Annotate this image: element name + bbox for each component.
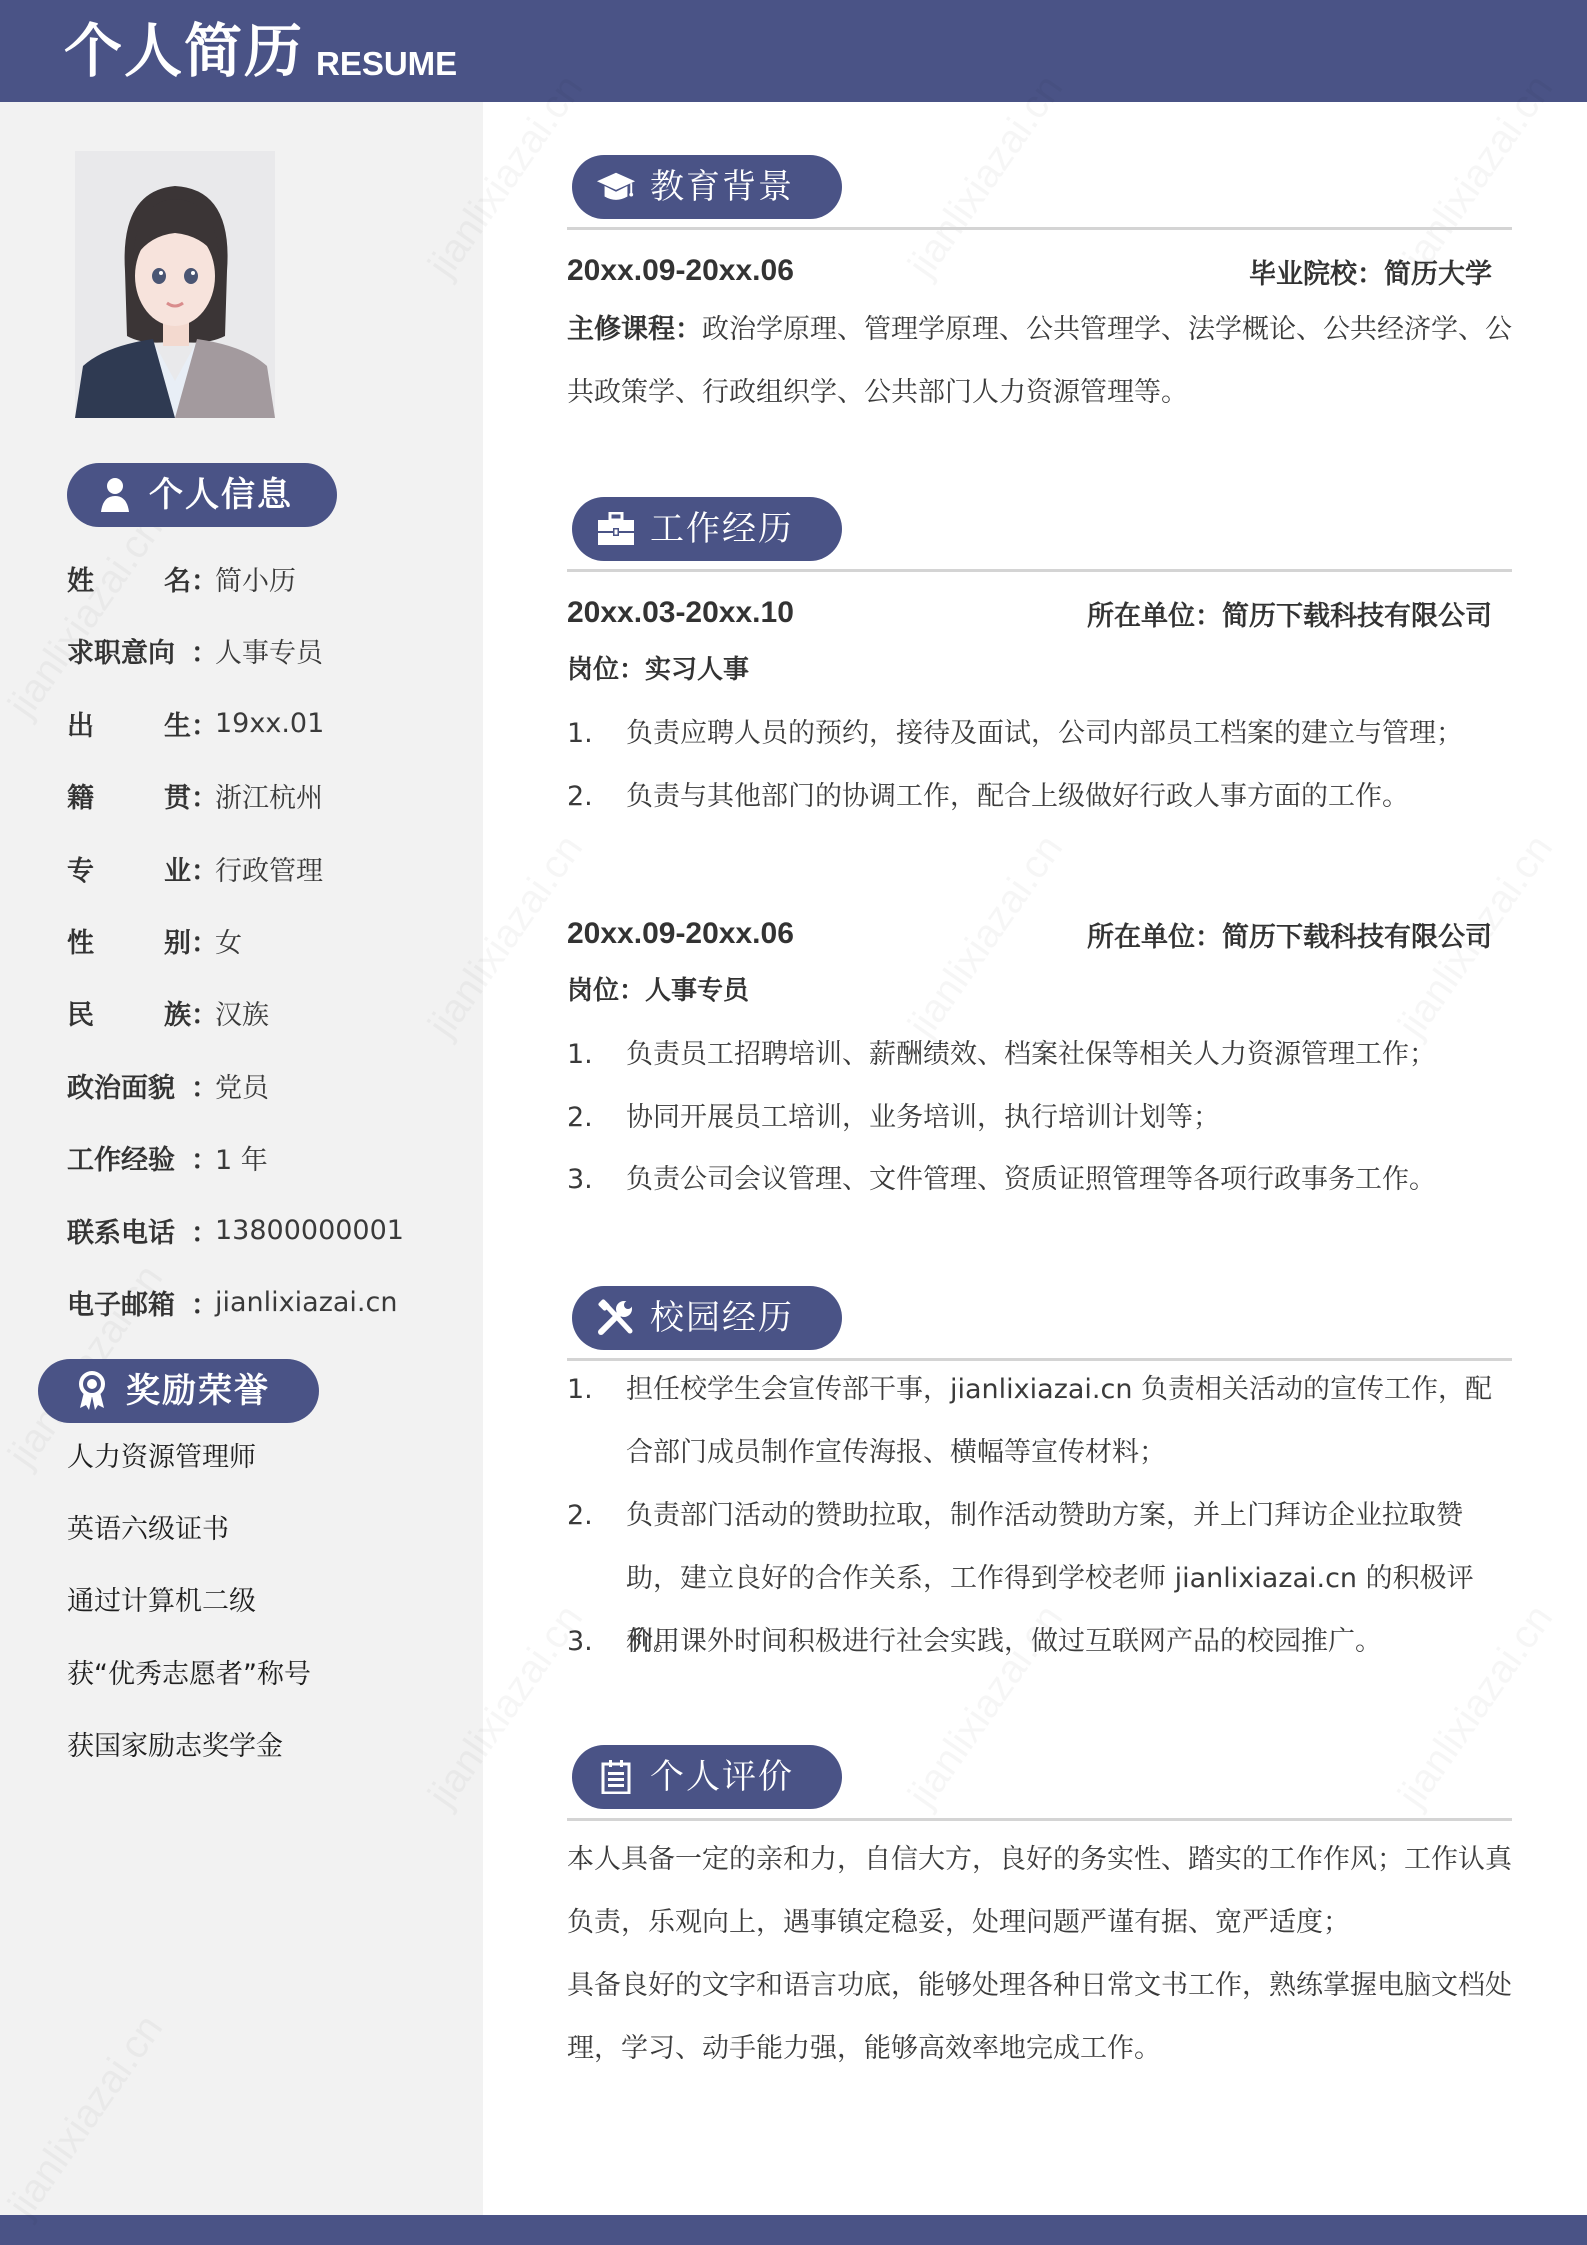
info-value: 汉族 (215, 993, 269, 1032)
info-value: 人事专员 (215, 631, 323, 670)
campus-item: 3.利用课外时间积极进行社会实践，做过互联网产品的校园推广。 (567, 1610, 1512, 1673)
info-label: 性别 (67, 921, 191, 960)
info-value: 1 年 (215, 1138, 268, 1177)
info-value: 党员 (215, 1066, 269, 1105)
info-row-phone: 联系电话 ： 13800000001 (67, 1210, 404, 1250)
info-row-job-intent: 求职意向 ： 人事专员 (67, 630, 323, 670)
info-label: 联系电话 (67, 1211, 191, 1250)
portrait-illustration (75, 151, 275, 418)
section-header-awards: 奖励荣誉 (38, 1359, 319, 1423)
section-header-personal-info: 个人信息 (67, 463, 337, 527)
graduation-cap-icon (596, 167, 636, 207)
job-row: 20xx.03-20xx.10 所在单位：简历下载科技有限公司 (567, 593, 1492, 633)
duty-item: 2.协同开展员工培训，业务培训，执行培训计划等； (567, 1086, 1512, 1149)
info-value: 行政管理 (215, 849, 323, 888)
info-label: 籍贯 (67, 776, 191, 815)
section-title: 教育背景 (650, 167, 794, 207)
info-label: 出生 (67, 704, 191, 743)
info-label: 工作经验 (67, 1138, 191, 1177)
job-position: 岗位：人事专员 (567, 971, 749, 1011)
info-row-hometown: 籍贯 ： 浙江杭州 (67, 775, 323, 815)
email-value: jianlixiazai.cn (215, 1287, 397, 1318)
section-divider (567, 227, 1512, 230)
section-title: 个人信息 (149, 475, 293, 515)
notepad-icon (596, 1757, 636, 1797)
info-label: 电子邮箱 (67, 1283, 191, 1322)
info-value: 浙江杭州 (215, 776, 323, 815)
info-value: 简小历 (215, 559, 296, 598)
section-header-work: 工作经历 (572, 497, 842, 561)
duty-item: 3.负责公司会议管理、文件管理、资质证照管理等各项行政事务工作。 (567, 1148, 1512, 1211)
info-label: 民族 (67, 993, 191, 1032)
job-date: 20xx.03-20xx.10 (567, 596, 794, 630)
info-label: 姓名 (67, 559, 191, 598)
section-title: 工作经历 (650, 509, 794, 549)
education-row: 20xx.09-20xx.06 毕业院校：简历大学 (567, 251, 1492, 291)
award-item: 获国家励志奖学金 (67, 1727, 283, 1767)
job-row: 20xx.09-20xx.06 所在单位：简历下载科技有限公司 (567, 914, 1492, 954)
section-title: 个人评价 (650, 1757, 794, 1797)
info-row-major: 专业 ： 行政管理 (67, 848, 323, 888)
briefcase-icon (596, 509, 636, 549)
resume-title: 个人简历 (64, 18, 304, 84)
info-label: 政治面貌 (67, 1066, 191, 1105)
award-item: 获“优秀志愿者”称号 (67, 1655, 311, 1695)
section-title: 奖励荣誉 (126, 1371, 270, 1411)
info-row-email: 电子邮箱 ： jianlixiazai.cn (67, 1282, 397, 1322)
tools-icon (596, 1298, 636, 1338)
section-header-education: 教育背景 (572, 155, 842, 219)
self-eval-paragraph: 具备良好的文字和语言功底，能够处理各种日常文书工作，熟练掌握电脑文档处理，学习、… (567, 1954, 1512, 2080)
page-header: 个人简历 RESUME (0, 0, 1587, 102)
company: 所在单位：简历下载科技有限公司 (1087, 915, 1492, 954)
info-row-name: 姓名 ： 简小历 (67, 558, 296, 598)
info-label: 求职意向 (67, 631, 191, 670)
award-item: 通过计算机二级 (67, 1582, 256, 1622)
section-divider (567, 1818, 1512, 1821)
info-row-ethnicity: 民族 ： 汉族 (67, 992, 269, 1032)
self-eval-paragraph: 本人具备一定的亲和力，自信大方，良好的务实性、踏实的工作作风；工作认真负责，乐观… (567, 1828, 1512, 1954)
section-header-self-evaluation: 个人评价 (572, 1745, 842, 1809)
user-icon (95, 475, 135, 515)
job-date: 20xx.09-20xx.06 (567, 917, 794, 951)
award-ribbon-icon (72, 1371, 112, 1411)
award-item: 人力资源管理师 (67, 1438, 256, 1478)
school: 毕业院校：简历大学 (1249, 252, 1492, 291)
section-divider (567, 569, 1512, 572)
courses: 主修课程：政治学原理、管理学原理、公共管理学、法学概论、公共经济学、公共政策学、… (567, 298, 1512, 424)
info-value: 19xx.01 (215, 708, 324, 739)
info-value: 女 (215, 921, 242, 960)
duty-item: 1.负责员工招聘培训、薪酬绩效、档案社保等相关人力资源管理工作； (567, 1023, 1512, 1086)
info-row-birth: 出生 ： 19xx.01 (67, 703, 324, 743)
info-label: 专业 (67, 849, 191, 888)
resume-subtitle: RESUME (316, 44, 457, 84)
info-row-political: 政治面貌 ： 党员 (67, 1065, 269, 1105)
company: 所在单位：简历下载科技有限公司 (1087, 594, 1492, 633)
footer-bar (0, 2215, 1587, 2245)
job-position: 岗位：实习人事 (567, 650, 749, 690)
education-date: 20xx.09-20xx.06 (567, 254, 794, 288)
info-row-experience: 工作经验 ： 1 年 (67, 1137, 268, 1177)
info-row-gender: 性别 ： 女 (67, 920, 242, 960)
duty-item: 1.负责应聘人员的预约，接待及面试，公司内部员工档案的建立与管理； (567, 702, 1512, 765)
award-item: 英语六级证书 (67, 1510, 229, 1550)
profile-photo (75, 151, 275, 418)
phone-value: 13800000001 (215, 1215, 404, 1246)
campus-item: 1.担任校学生会宣传部干事，jianlixiazai.cn 负责相关活动的宣传工… (567, 1358, 1512, 1484)
section-title: 校园经历 (650, 1298, 794, 1338)
section-header-campus: 校园经历 (572, 1286, 842, 1350)
duty-item: 2.负责与其他部门的协调工作，配合上级做好行政人事方面的工作。 (567, 765, 1512, 828)
